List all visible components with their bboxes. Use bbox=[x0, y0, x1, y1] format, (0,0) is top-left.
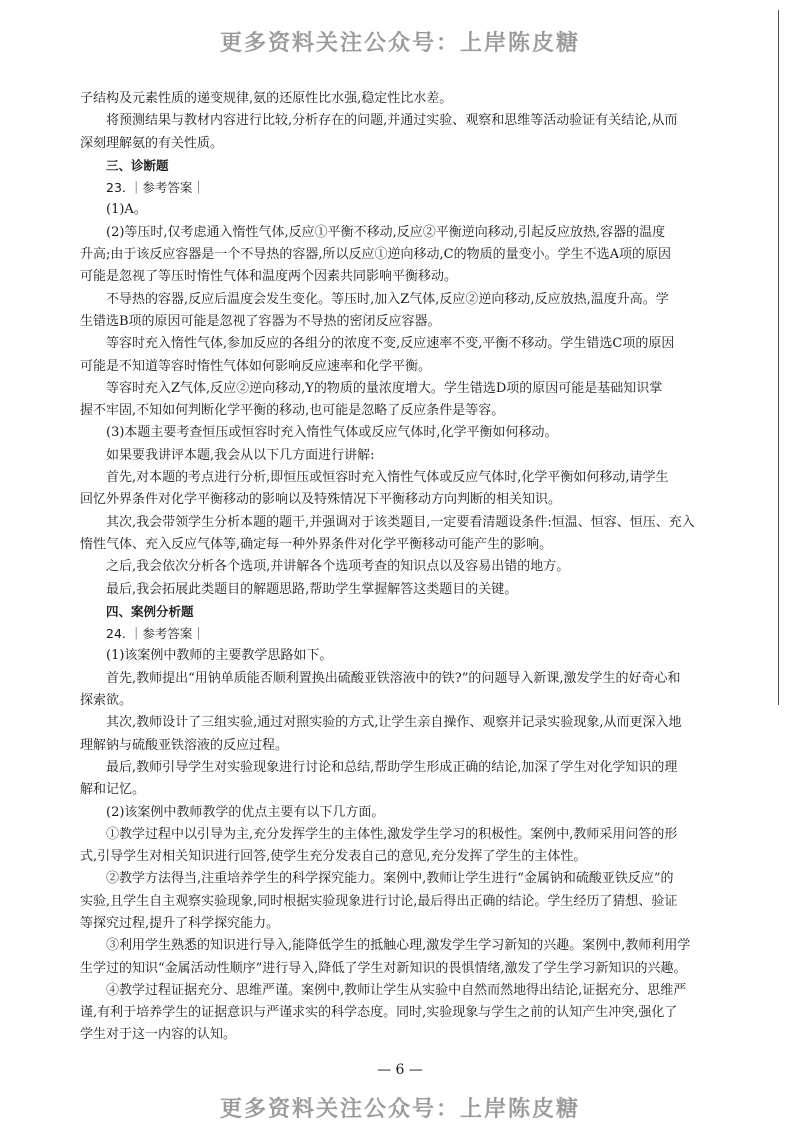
text-line: ①教学过程中以引导为主,充分发挥学生的主体性,激发学生学习的积极性。案例中,教师… bbox=[80, 824, 740, 846]
text-line: 生错选B项的原因可能是忽视了容器为不导热的密闭反应容器。 bbox=[80, 311, 740, 333]
text-line: (2)等压时,仅考虑通入惰性气体,反应①平衡不移动,反应②平衡逆向移动,引起反应… bbox=[80, 222, 740, 244]
scan-edge-line bbox=[778, 10, 779, 705]
text-line: 将预测结果与教材内容进行比较,分析存在的问题,并通过实验、观察和思维等活动验证有… bbox=[80, 110, 740, 132]
text-line: 最后,我会拓展此类题目的解题思路,帮助学生掌握解答这类题目的关键。 bbox=[80, 579, 740, 601]
watermark-bottom: 更多资料关注公众号：上岸陈皮糖 bbox=[0, 1092, 800, 1123]
text-line: 实验,且学生自主观察实验现象,同时根据实验现象进行讨论,最后得出正确的结论。学生… bbox=[80, 891, 740, 913]
text-line: ②教学方法得当,注重培养学生的科学探究能力。案例中,教师让学生进行“金属钠和硫酸… bbox=[80, 868, 740, 890]
text-line: 之后,我会依次分析各个选项,并讲解各个选项考查的知识点以及容易出错的地方。 bbox=[80, 556, 740, 578]
text-line: 谨,有利于培养学生的证据意识与严谨求实的科学态度。同时,实验现象与学生之前的认知… bbox=[80, 1002, 740, 1024]
text-line: 可能是不知道等容时惰性气体如何影响反应速率和化学平衡。 bbox=[80, 356, 740, 378]
text-line: 理解钠与硫酸亚铁溶液的反应过程。 bbox=[80, 735, 740, 757]
text-line: 首先,对本题的考点进行分析,即恒压或恒容时充入惰性气体或反应气体时,化学平衡如何… bbox=[80, 467, 740, 489]
text-line: 生学过的知识“金属活动性顺序”进行导入,降低了学生对新知识的畏惧情绪,激发了学生… bbox=[80, 958, 740, 980]
text-line: (1)该案例中教师的主要教学思路如下。 bbox=[80, 645, 740, 667]
text-line: 握不牢固,不知如何判断化学平衡的移动,也可能是忽略了反应条件是等容。 bbox=[80, 400, 740, 422]
text-line: ③利用学生熟悉的知识进行导入,能降低学生的抵触心理,激发学生学习新知的兴趣。案例… bbox=[80, 935, 740, 957]
watermark-top: 更多资料关注公众号：上岸陈皮糖 bbox=[0, 26, 800, 57]
text-line: 不导热的容器,反应后温度会发生变化。等压时,加入Z气体,反应②逆向移动,反应放热… bbox=[80, 289, 740, 311]
section-heading: 三、诊断题 bbox=[80, 155, 740, 177]
section-heading: 四、案例分析题 bbox=[80, 601, 740, 623]
text-line: ④教学过程证据充分、思维严谨。案例中,教师让学生从实验中自然而然地得出结论,证据… bbox=[80, 980, 740, 1002]
answer-label: 24. ｜参考答案｜ bbox=[80, 623, 740, 645]
text-line: 可能是忽视了等压时惰性气体和温度两个因素共同影响平衡移动。 bbox=[80, 266, 740, 288]
text-line: 等容时充入Z气体,反应②逆向移动,Y的物质的量浓度增大。学生错选D项的原因可能是… bbox=[80, 378, 740, 400]
document-body: 子结构及元素性质的递变规律,氨的还原性比水强,稳定性比水差。将预测结果与教材内容… bbox=[80, 88, 740, 1047]
text-line: 探索欲。 bbox=[80, 690, 740, 712]
text-line: 其次,教师设计了三组实验,通过对照实验的方式,让学生亲自操作、观察并记录实验现象… bbox=[80, 712, 740, 734]
page-number: — 6 — bbox=[0, 1062, 800, 1078]
text-line: 子结构及元素性质的递变规律,氨的还原性比水强,稳定性比水差。 bbox=[80, 88, 740, 110]
text-line: 升高;由于该反应容器是一个不导热的容器,所以反应①逆向移动,C的物质的量变小。学… bbox=[80, 244, 740, 266]
text-line: (1)A。 bbox=[80, 199, 740, 221]
text-line: 最后,教师引导学生对实验现象进行讨论和总结,帮助学生形成正确的结论,加深了学生对… bbox=[80, 757, 740, 779]
text-line: 如果要我讲评本题,我会从以下几方面进行讲解: bbox=[80, 445, 740, 467]
text-line: (2)该案例中教师教学的优点主要有以下几方面。 bbox=[80, 802, 740, 824]
answer-label: 23. ｜参考答案｜ bbox=[80, 177, 740, 199]
text-line: 等容时充入惰性气体,参加反应的各组分的浓度不变,反应速率不变,平衡不移动。学生错… bbox=[80, 333, 740, 355]
text-line: 深刻理解氨的有关性质。 bbox=[80, 133, 740, 155]
text-line: (3)本题主要考查恒压或恒容时充入惰性气体或反应气体时,化学平衡如何移动。 bbox=[80, 422, 740, 444]
text-line: 解和记忆。 bbox=[80, 779, 740, 801]
text-line: 惰性气体、充入反应气体等,确定每一种外界条件对化学平衡移动可能产生的影响。 bbox=[80, 534, 740, 556]
text-line: 首先,教师提出“用钠单质能否顺利置换出硫酸亚铁溶液中的铁?”的问题导入新课,激发… bbox=[80, 668, 740, 690]
text-line: 式,引导学生对相关知识进行回答,使学生充分发表自己的意见,充分发挥了学生的主体性… bbox=[80, 846, 740, 868]
text-line: 其次,我会带领学生分析本题的题干,并强调对于该类题目,一定要看清题设条件:恒温、… bbox=[80, 512, 740, 534]
text-line: 学生对于这一内容的认知。 bbox=[80, 1024, 740, 1046]
text-line: 等探究过程,提升了科学探究能力。 bbox=[80, 913, 740, 935]
text-line: 回忆外界条件对化学平衡移动的影响以及特殊情况下平衡移动方向判断的相关知识。 bbox=[80, 489, 740, 511]
